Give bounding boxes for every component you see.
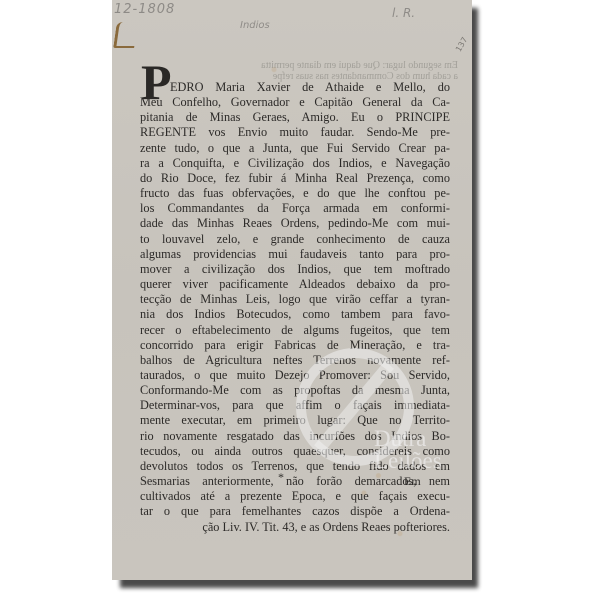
- text-line: zente tudo, o que a Junta, que Fui Servi…: [140, 141, 450, 156]
- archive-number-note: 12-1808: [114, 2, 175, 17]
- text-line: tecção de Minhas Leis, logo que virão ce…: [140, 292, 450, 307]
- initials-pencil-note: l. R.: [392, 6, 415, 20]
- catchword: Em: [404, 474, 421, 489]
- subject-pencil-note: Indios: [240, 20, 270, 31]
- text-line: dade das Minhas Reaes Ordens, pedindo-Me…: [140, 216, 450, 231]
- text-line: do Rio Doce, fez fubir á Minha Real Prez…: [140, 171, 450, 186]
- ink-bracket-mark: [113, 22, 138, 48]
- text-line: balhos de Agricultura neftes Terrenos no…: [140, 353, 450, 368]
- watermark-line-2: Leilões: [374, 450, 442, 472]
- text-line: recer o eftabelecimento de algums fugeit…: [140, 323, 450, 338]
- watermark-line-1: Dutra: [374, 428, 442, 450]
- document-page: 12-1808 Indios l. R. 137 Em segundo luga…: [112, 0, 472, 580]
- text-line: algumas providencias mui faudaveis tanto…: [140, 247, 450, 262]
- text-line: REGENTE vos Envio muito faudar. Sendo-Me…: [140, 125, 450, 140]
- text-line: pitania de Minas Geraes, Amigo. Eu o PRI…: [140, 110, 450, 125]
- text-line: nia dos Indios Botecudos, como tambem pa…: [140, 307, 450, 322]
- watermark-text: Dutra Leilões: [374, 428, 442, 472]
- text-line: mover a civilização dos Indios, que tem …: [140, 262, 450, 277]
- text-line: tar o que para femelhantes cazos dispõe …: [140, 504, 450, 519]
- signature-mark: *: [278, 470, 284, 485]
- text-line: Meu Confelho, Governador e Capitão Gener…: [140, 95, 450, 110]
- text-line: to louvavel zelo, e grande conhecimento …: [140, 232, 450, 247]
- folio-number: 137: [454, 36, 469, 54]
- text-line: EDRO Maria Xavier de Athaide e Mello, do: [140, 80, 450, 95]
- text-line: ção Liv. IV. Tit. 43, e as Ordens Reaes …: [140, 520, 450, 535]
- text-line: fructo das fuas obfervações, e do que lh…: [140, 186, 450, 201]
- faint-stamp: collb: [140, 478, 156, 487]
- text-line: querer viver pacificamente Aldeados deba…: [140, 277, 450, 292]
- text-line: concorrido para erigir Fabricas de Miner…: [140, 338, 450, 353]
- text-line: ra a Conquifta, e Civilização dos Indios…: [140, 156, 450, 171]
- text-line: los Commandantes da Força armada em conf…: [140, 201, 450, 216]
- text-line: cultivados até a prezente Epoca, e que f…: [140, 489, 450, 504]
